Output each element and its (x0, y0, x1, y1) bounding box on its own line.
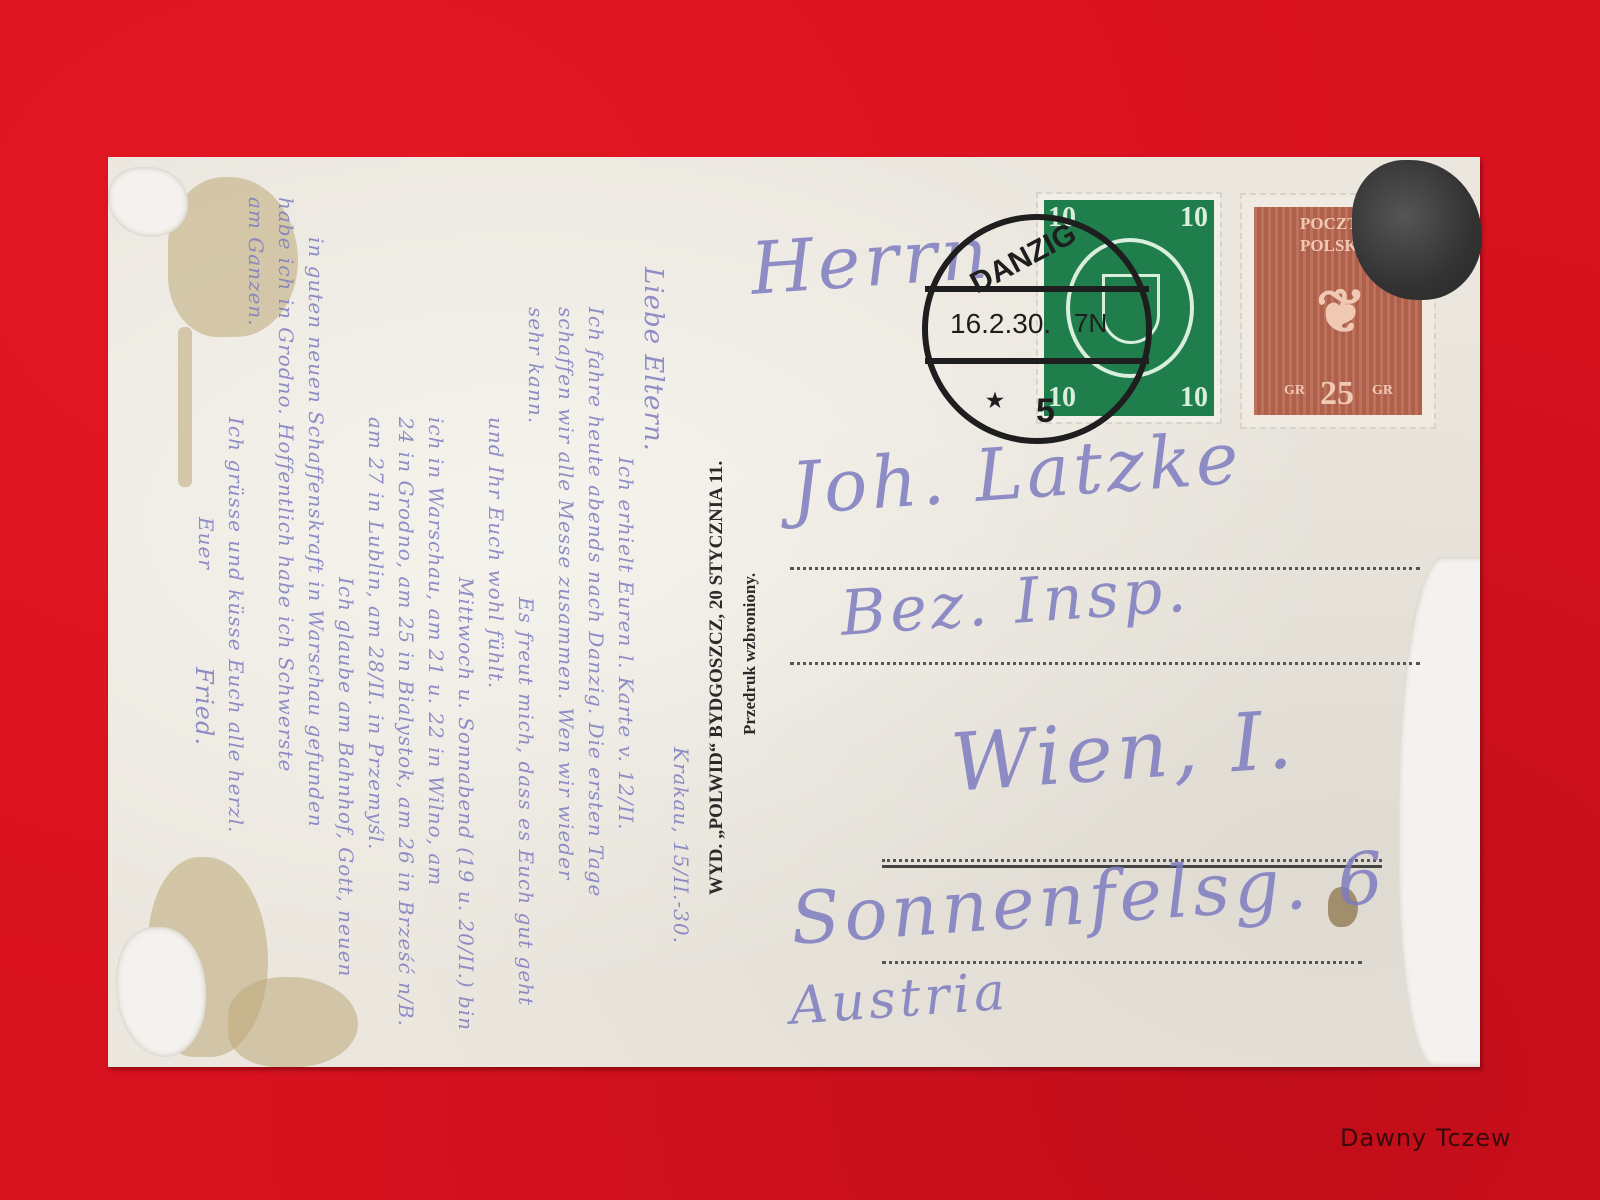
message-line: Ich grüsse und küsse Euch alle herzl. (224, 417, 248, 833)
message-line: Mittwoch u. Sonnabend (19 u. 20/II.) bin (454, 577, 478, 1031)
message-line: Ich erhielt Euren l. Karte v. 12/II. (614, 457, 638, 831)
paper-damage (108, 167, 188, 237)
message-signature: Fried. (190, 667, 218, 746)
postmark-date: 16.2.30. (950, 308, 1051, 340)
address-line (882, 961, 1362, 964)
stain (178, 327, 192, 487)
message-line: in guten neuen Schaffenskraft in Warscha… (304, 237, 328, 828)
publisher-imprint: WYD. „POLWID“ BYDGOSZCZ, 20 STYCZNIA 11. (706, 461, 728, 895)
stamp-value: 10 (1180, 202, 1208, 234)
message-line: und Ihr Euch wohl fühlt. (484, 417, 508, 689)
message-line: ich in Warschau, am 21 u. 22 in Wilno, a… (424, 417, 448, 886)
stamp-eagle: ❦ (1316, 277, 1366, 347)
paper-damage (116, 927, 206, 1057)
stamp-unit: GR (1372, 383, 1393, 399)
reprint-notice: Przedruk wzbroniony. (740, 573, 760, 735)
message-line: Ich glaube am Bahnhof, Gott, neuen (334, 577, 358, 977)
message-line: schaffen wir alle Messe zusammen. Wen wi… (554, 307, 578, 880)
message-place-date: Krakau, 15/II.-30. (669, 747, 693, 944)
address-country: Austria (788, 962, 1011, 1037)
address-line (790, 662, 1420, 665)
postmark-bar (925, 286, 1149, 292)
stain (228, 977, 358, 1067)
postmark-office: 5 (1036, 392, 1055, 431)
message-line: am 27 in Lublin, am 28/II. in Przemyśl. (364, 417, 388, 850)
postmark: DANZIG 16.2.30. 7N ★ 5 (922, 214, 1152, 444)
message-line: 24 in Grodno, am 25 in Bialystok, am 26 … (394, 417, 418, 1027)
message-line: sehr kann. (524, 307, 548, 424)
stamp-value: 25 (1320, 375, 1354, 413)
postmark-star: ★ (986, 388, 1004, 413)
paper-damage (1398, 557, 1480, 1067)
stamp-unit: GR (1284, 383, 1305, 399)
message-greeting: Liebe Eltern. (638, 267, 668, 452)
address-street: Sonnenfelsg. 6 (788, 835, 1390, 960)
address-city: Wien, I. (948, 693, 1299, 810)
message-line: Es freut mich, dass es Euch gut geht (514, 597, 538, 1006)
stamp-value: 10 (1180, 382, 1208, 414)
postmark-bar (925, 358, 1149, 364)
postmark-time: 7N (1074, 308, 1107, 339)
message-line: habe ich in Grodno. Hoffentlich habe ich… (274, 197, 298, 772)
message-line: Ich fahre heute abends nach Danzig. Die … (584, 307, 608, 897)
watermark: Dawny Tczew (1340, 1124, 1512, 1152)
message-line: am Ganzen. (244, 197, 268, 327)
message-line: Euer (194, 517, 218, 570)
